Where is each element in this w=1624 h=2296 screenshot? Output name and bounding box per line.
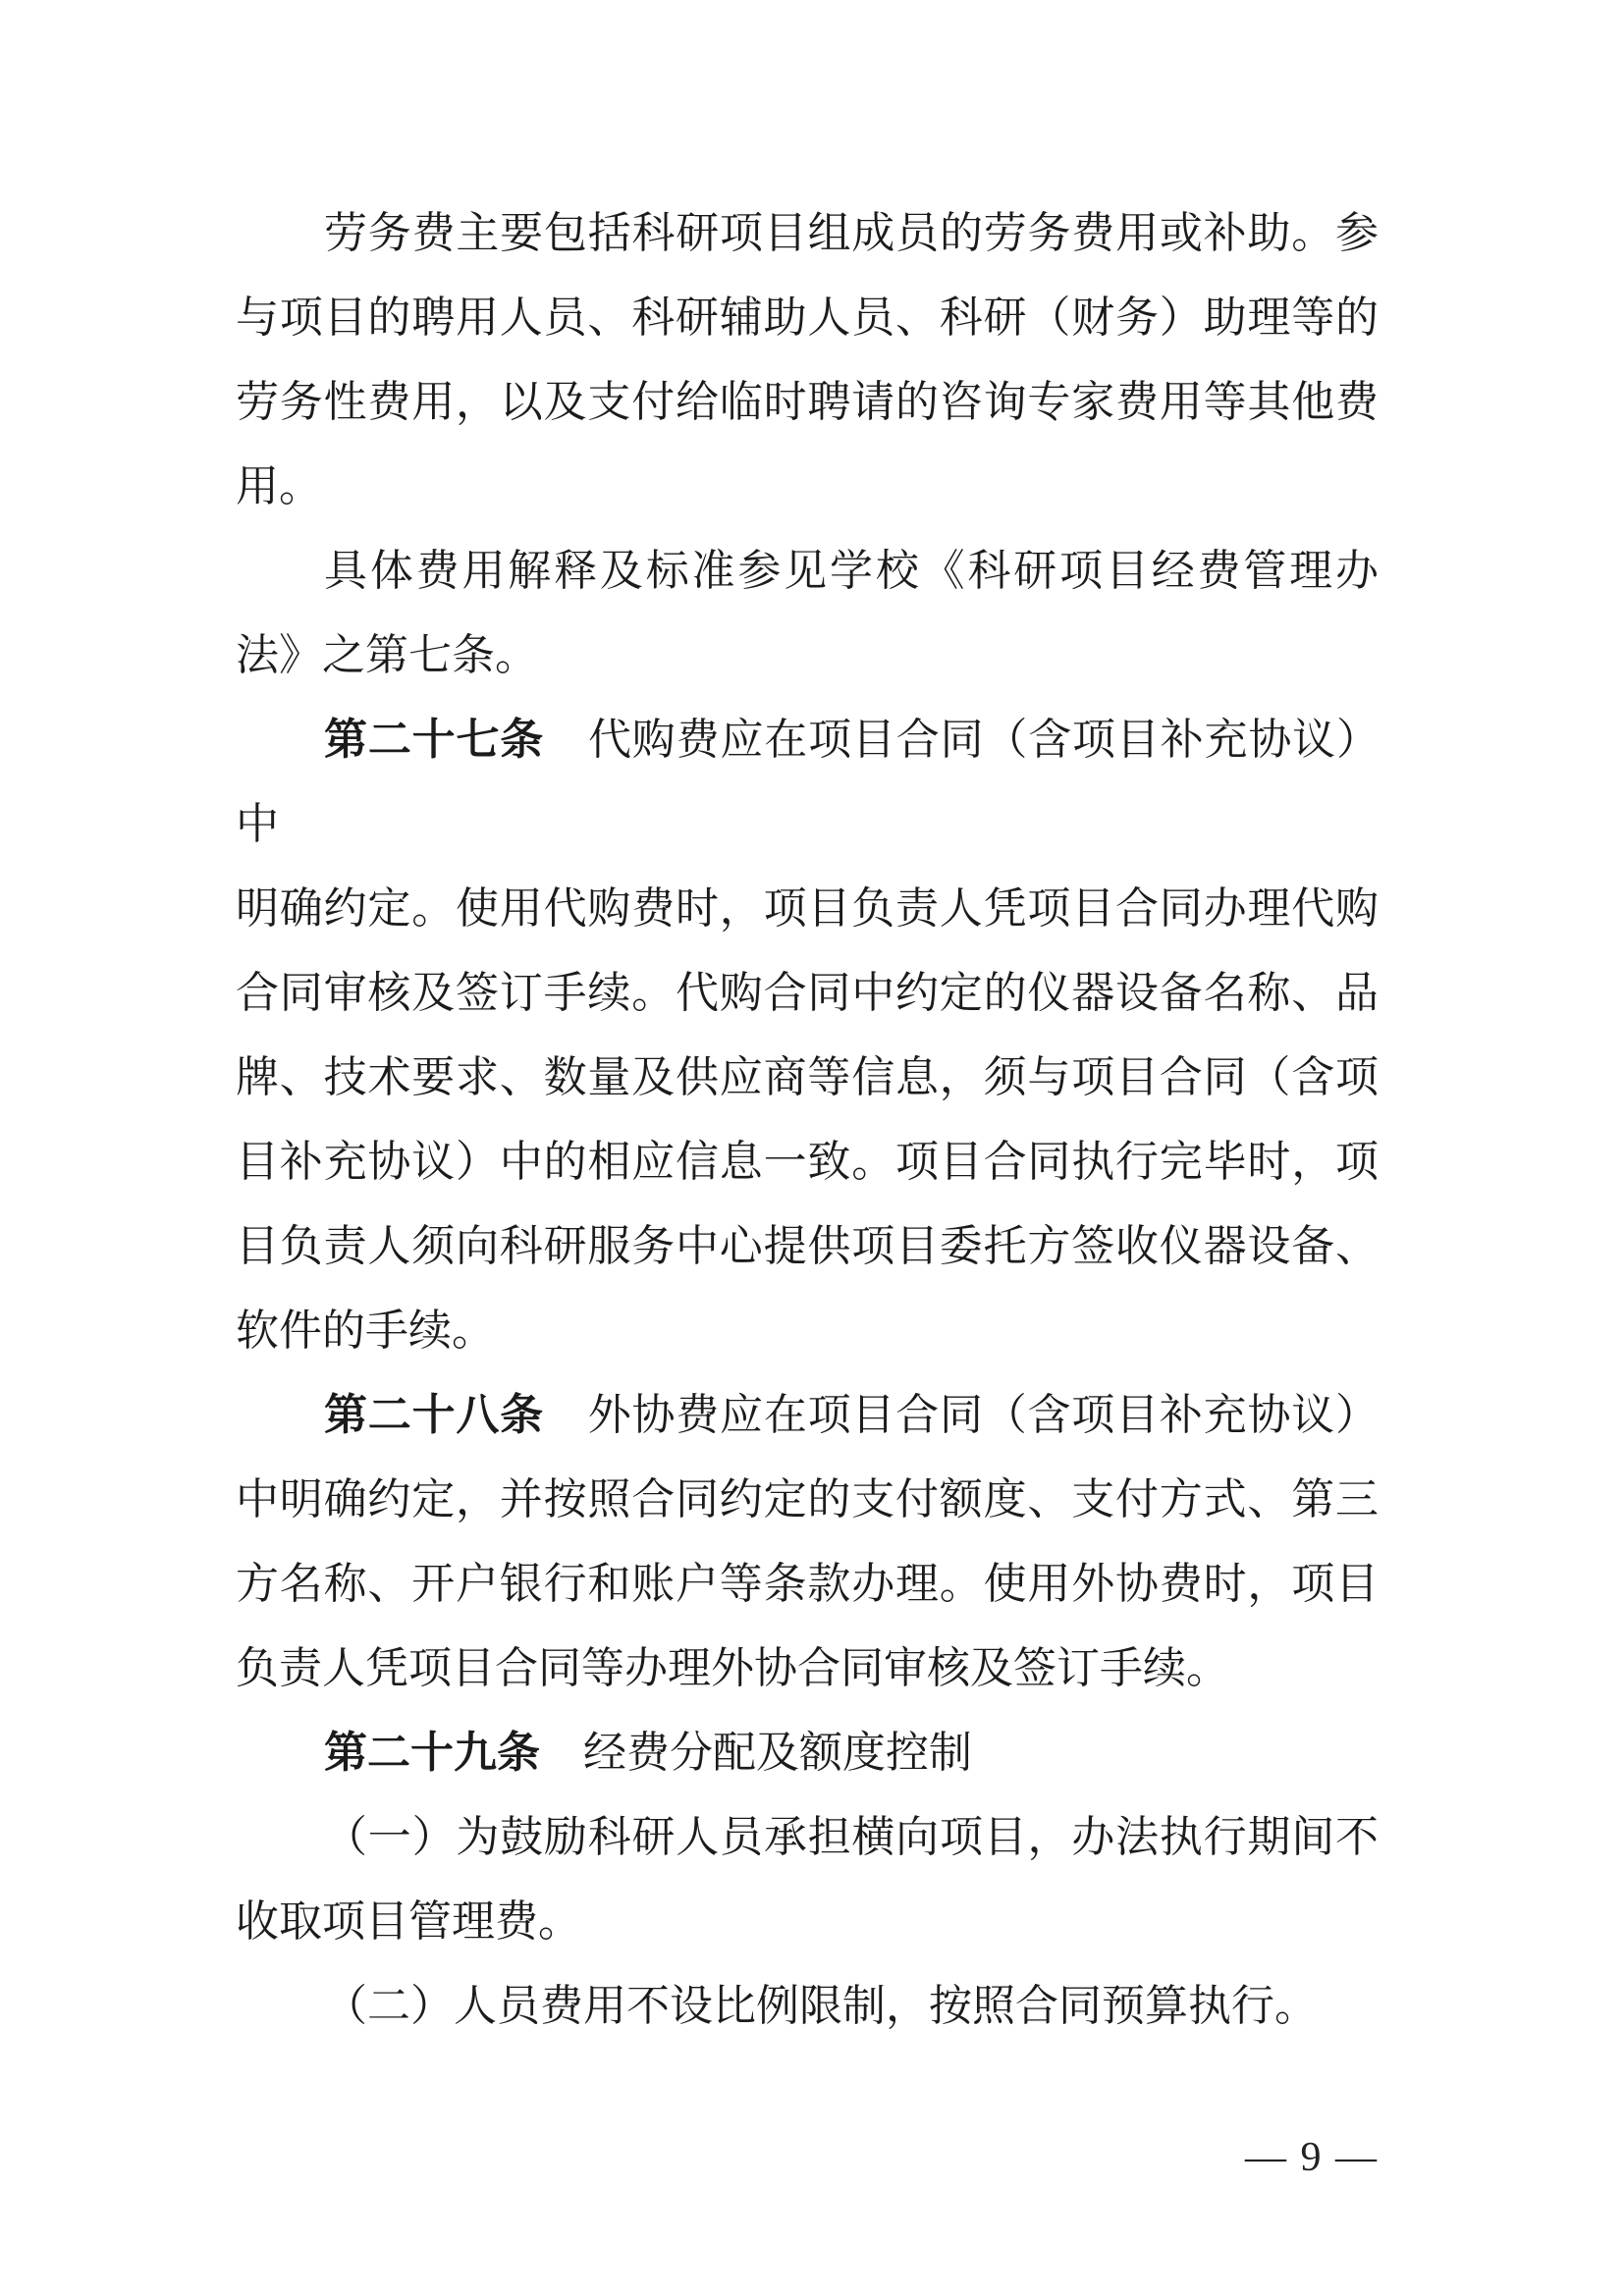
line-text: 具体费用解释及标准参见学校《科研项目经费管理办 (324, 547, 1379, 595)
text-line: 明确约定。使用代购费时，项目负责人凭项目合同办理代购 (236, 867, 1379, 951)
line-text: （一）为鼓励科研人员承担横向项目，办法执行期间不 (324, 1813, 1379, 1861)
line-text: 目负责人须向科研服务中心提供项目委托方签收仪器设备、 (236, 1222, 1379, 1270)
text-line: 目负责人须向科研服务中心提供项目委托方签收仪器设备、 (236, 1204, 1379, 1289)
text-line: 劳务费主要包括科研项目组成员的劳务费用或补助。参 (236, 191, 1379, 276)
text-line: （一）为鼓励科研人员承担横向项目，办法执行期间不 (236, 1795, 1379, 1880)
text-line: 牌、技术要求、数量及供应商等信息，须与项目合同（含项 (236, 1036, 1379, 1120)
line-text: 合同审核及签订手续。代购合同中约定的仪器设备名称、品 (236, 969, 1379, 1017)
page-footer: — 9 — (236, 2128, 1379, 2187)
line-text: 法》之第七条。 (236, 631, 538, 679)
line-text: 收取项目管理费。 (236, 1897, 581, 1946)
text-line: 中明确约定，并按照合同约定的支付额度、支付方式、第三 (236, 1458, 1379, 1542)
line-text: 外协费应在项目合同（含项目补充协议） (544, 1391, 1379, 1439)
line-text: 软件的手续。 (236, 1307, 495, 1355)
text-line: 目补充协议）中的相应信息一致。项目合同执行完毕时，项 (236, 1120, 1379, 1204)
text-line: 具体费用解释及标准参见学校《科研项目经费管理办 (236, 529, 1379, 614)
article-number: 第二十八条 (324, 1391, 544, 1439)
line-text: 牌、技术要求、数量及供应商等信息，须与项目合同（含项 (236, 1053, 1379, 1101)
text-block: 劳务费主要包括科研项目组成员的劳务费用或补助。参 与项目的聘用人员、科研辅助人员… (236, 191, 1379, 2049)
text-line: 第二十七条 代购费应在项目合同（含项目补充协议）中 (236, 698, 1379, 867)
line-text: 用。 (236, 462, 322, 510)
text-line: 方名称、开户银行和账户等条款办理。使用外协费时，项目 (236, 1542, 1379, 1627)
line-text: 负责人凭项目合同等办理外协合同审核及签订手续。 (236, 1644, 1229, 1692)
text-line: （二）人员费用不设比例限制，按照合同预算执行。 (236, 1964, 1379, 2049)
text-line: 软件的手续。 (236, 1289, 1379, 1373)
text-line: 第二十九条 经费分配及额度控制 (236, 1711, 1379, 1795)
text-line: 第二十八条 外协费应在项目合同（含项目补充协议） (236, 1373, 1379, 1458)
line-text: （二）人员费用不设比例限制，按照合同预算执行。 (324, 1982, 1318, 2030)
line-text: 与项目的聘用人员、科研辅助人员、科研（财务）助理等的 (236, 294, 1379, 342)
text-line: 负责人凭项目合同等办理外协合同审核及签订手续。 (236, 1627, 1379, 1711)
line-text: 劳务费主要包括科研项目组成员的劳务费用或补助。参 (324, 209, 1379, 257)
line-text: 劳务性费用，以及支付给临时聘请的咨询专家费用等其他费 (236, 378, 1379, 426)
line-text: 中明确约定，并按照合同约定的支付额度、支付方式、第三 (236, 1475, 1379, 1523)
text-line: 劳务性费用，以及支付给临时聘请的咨询专家费用等其他费 (236, 360, 1379, 445)
line-text: 目补充协议）中的相应信息一致。项目合同执行完毕时，项 (236, 1138, 1379, 1186)
text-line: 与项目的聘用人员、科研辅助人员、科研（财务）助理等的 (236, 276, 1379, 360)
text-line: 法》之第七条。 (236, 614, 1379, 698)
text-line: 合同审核及签订手续。代购合同中约定的仪器设备名称、品 (236, 951, 1379, 1036)
line-text: 方名称、开户银行和账户等条款办理。使用外协费时，项目 (236, 1560, 1379, 1608)
text-line: 用。 (236, 445, 1379, 529)
article-number: 第二十九条 (324, 1729, 540, 1777)
text-line: 收取项目管理费。 (236, 1880, 1379, 1964)
page-number: — 9 — (1245, 2135, 1379, 2180)
line-text: 经费分配及额度控制 (540, 1729, 972, 1777)
article-number: 第二十七条 (324, 716, 544, 764)
line-text: 明确约定。使用代购费时，项目负责人凭项目合同办理代购 (236, 884, 1379, 933)
document-page: 劳务费主要包括科研项目组成员的劳务费用或补助。参 与项目的聘用人员、科研辅助人员… (0, 0, 1624, 2296)
